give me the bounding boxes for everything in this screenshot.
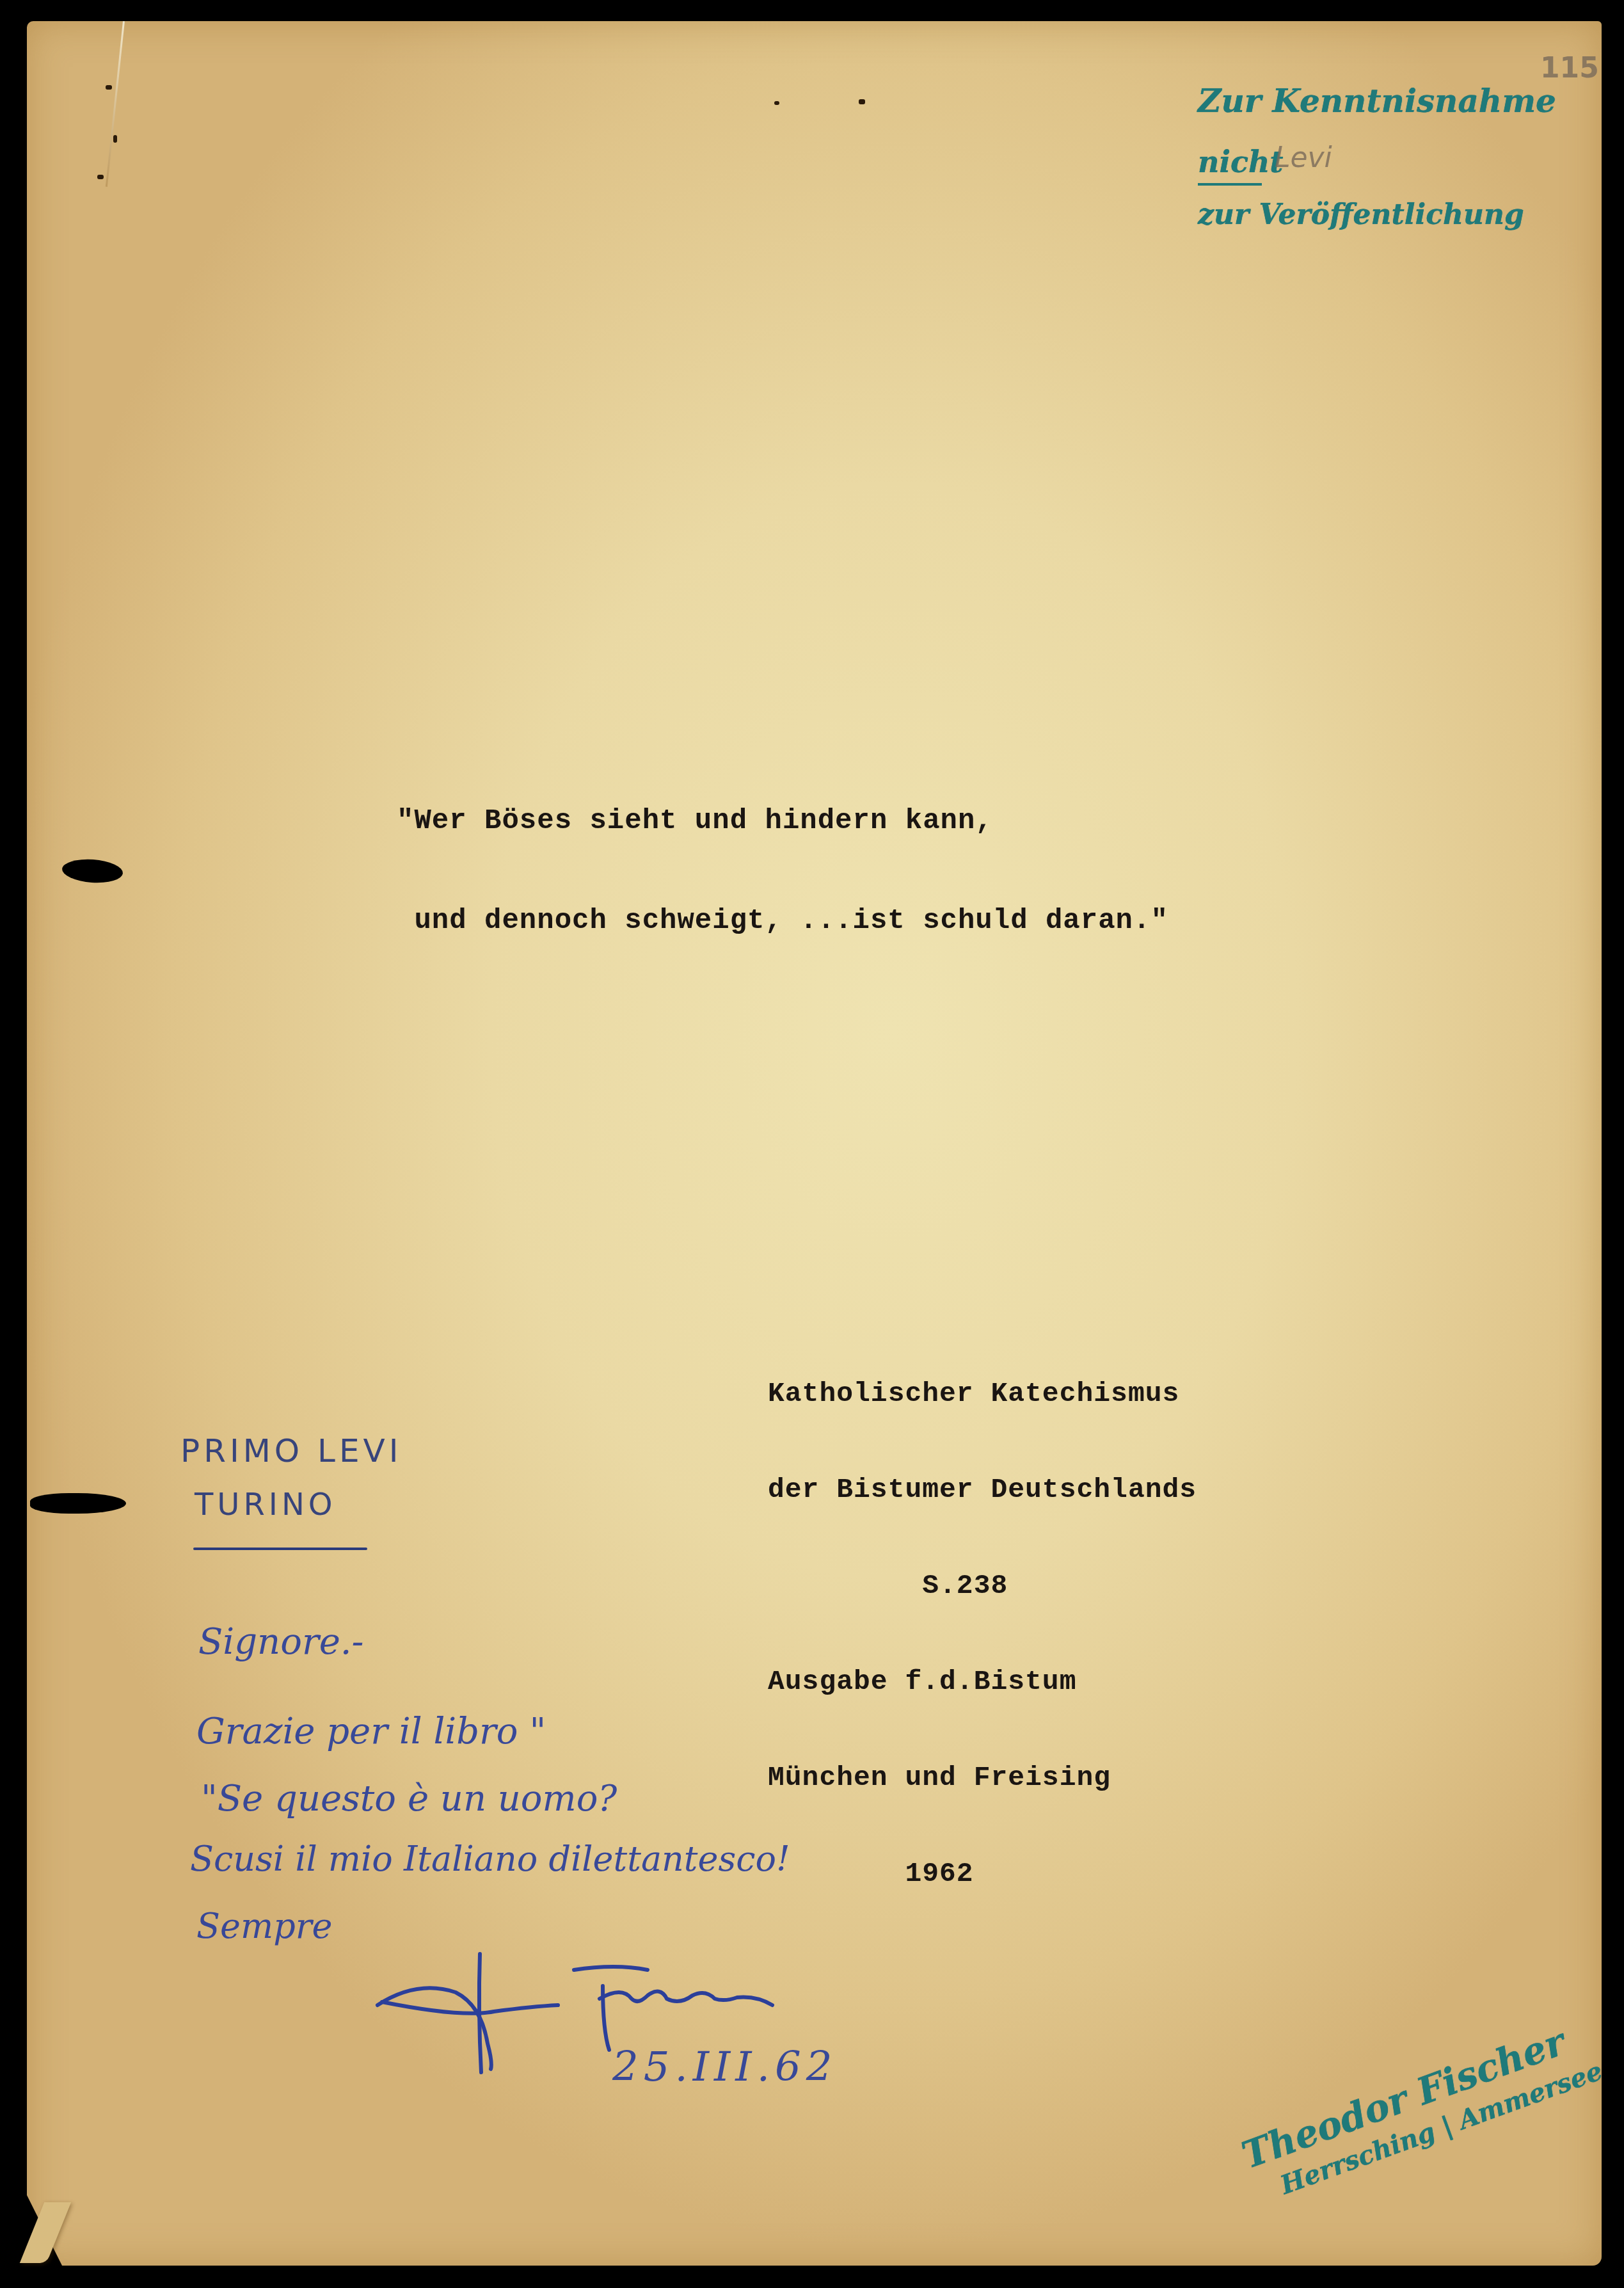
source-line-1: Katholischer Katechismus xyxy=(768,1378,1197,1410)
source-line-4: Ausgabe f.d.Bistum xyxy=(768,1666,1197,1698)
stamp-line-3: zur Veröffentlichung xyxy=(1198,198,1524,231)
pencil-note: Levi xyxy=(1275,141,1332,174)
stamp-line-1: Zur Kenntnisnahme xyxy=(1198,82,1556,120)
addressee-underline xyxy=(193,1548,367,1550)
punch-hole-upper xyxy=(61,858,123,885)
typed-source: Katholischer Katechismus der Bistumer De… xyxy=(768,1314,1197,1954)
source-line-2: der Bistumer Deutschlands xyxy=(768,1474,1197,1506)
paper-tear xyxy=(106,85,112,90)
sender-stamp: Theodor Fischer Herrsching | Ammersee xyxy=(1236,2011,1607,2209)
stamp-line-2: nicht xyxy=(1198,145,1284,179)
quote-line-2: und dennoch schweigt, ...ist schuld dara… xyxy=(397,904,1168,938)
quote-line-1: "Wer Böses sieht und hindern kann, xyxy=(397,804,1168,838)
letter-salutation: Signore.- xyxy=(198,1621,364,1663)
signature-mark xyxy=(347,1935,987,2127)
letter-line-2: "Se questo è un uomo? xyxy=(201,1778,617,1820)
paper-tear xyxy=(113,135,117,143)
letter-date: 25.III.62 xyxy=(612,2044,837,2091)
letter-line-3: Scusi il mio Italiano dilettantesco! xyxy=(190,1839,790,1879)
staple-hole xyxy=(859,99,865,104)
source-line-6: 1962 xyxy=(768,1858,1197,1890)
letter-line-1: Grazie per il libro " xyxy=(196,1711,546,1752)
stamp-underline xyxy=(1198,183,1262,186)
staple-hole xyxy=(774,101,779,105)
paper-tear xyxy=(97,175,104,179)
page-number: 115 xyxy=(1540,52,1599,84)
source-line-5: München und Freising xyxy=(768,1762,1197,1794)
paper-crease xyxy=(106,21,125,187)
typed-quote: "Wer Böses sieht und hindern kann, und d… xyxy=(397,738,1168,1004)
document-page: 115 Zur Kenntnisnahme nicht zur Veröffen… xyxy=(27,21,1602,2266)
source-line-3: S.238 xyxy=(768,1570,1197,1602)
addressee-name: PRIMO LEVI xyxy=(180,1432,402,1469)
letter-closing: Sempre xyxy=(196,1906,333,1946)
punch-hole-lower xyxy=(30,1493,126,1514)
addressee-city: TURINO xyxy=(195,1487,337,1523)
